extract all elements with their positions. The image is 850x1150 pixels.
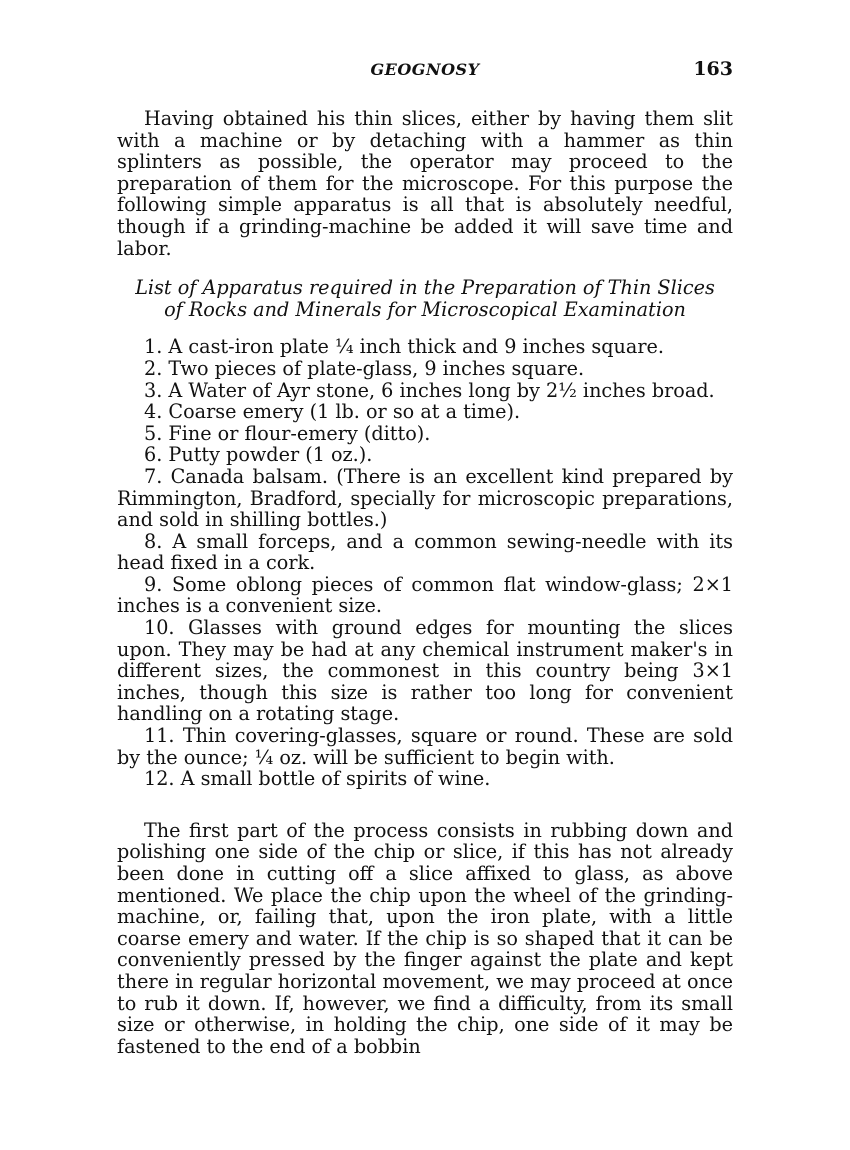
- item-number: 8.: [144, 530, 162, 553]
- list-item: 6. Putty powder (1 oz.).: [117, 444, 733, 466]
- item-number: 9.: [144, 573, 162, 596]
- item-text: A small bottle of spirits of wine.: [181, 767, 491, 790]
- list-item: 3. A Water of Ayr stone, 6 inches long b…: [117, 380, 733, 402]
- item-number: 4.: [144, 400, 162, 423]
- item-text: Coarse emery (1 lb. or so at a time).: [168, 400, 520, 423]
- item-text: Two pieces of plate-glass, 9 inches squa…: [168, 357, 584, 380]
- list-item: 12. A small bottle of spirits of wine.: [117, 768, 733, 790]
- running-header: GEOGNOSY 163: [117, 58, 733, 88]
- list-title-line-2: of Rocks and Minerals for Microscopical …: [117, 299, 733, 321]
- item-text: Fine or flour-emery (ditto).: [168, 422, 430, 445]
- intro-paragraph: Having obtained his thin slices, either …: [117, 108, 733, 259]
- item-number: 6.: [144, 443, 162, 466]
- apparatus-list: 1. A cast-iron plate ¼ inch thick and 9 …: [117, 336, 733, 789]
- item-number: 7.: [144, 465, 162, 488]
- list-item: 11. Thin covering-glasses, square or rou…: [117, 725, 733, 768]
- item-text: Some oblong pieces of common flat window…: [117, 573, 733, 618]
- running-title: GEOGNOSY: [117, 60, 733, 79]
- list-item: 4. Coarse emery (1 lb. or so at a time).: [117, 401, 733, 423]
- item-text: Canada balsam. (There is an excellent ki…: [117, 465, 733, 531]
- item-number: 3.: [144, 379, 162, 402]
- item-number: 1.: [144, 335, 162, 358]
- list-title: List of Apparatus required in the Prepar…: [117, 277, 733, 320]
- list-item: 10. Glasses with ground edges for mounti…: [117, 617, 733, 725]
- book-page: GEOGNOSY 163 Having obtained his thin sl…: [117, 58, 733, 1057]
- item-text: A small forceps, and a common sewing-nee…: [117, 530, 733, 575]
- item-text: Glasses with ground edges for mounting t…: [117, 616, 733, 725]
- list-title-line-1: List of Apparatus required in the Prepar…: [117, 277, 733, 299]
- list-item: 9. Some oblong pieces of common flat win…: [117, 574, 733, 617]
- item-number: 11.: [144, 724, 175, 747]
- item-text: Thin covering-glasses, square or round. …: [117, 724, 733, 769]
- item-number: 10.: [144, 616, 175, 639]
- item-text: Putty powder (1 oz.).: [168, 443, 372, 466]
- item-number: 12.: [144, 767, 175, 790]
- page-number: 163: [693, 58, 733, 80]
- item-number: 5.: [144, 422, 162, 445]
- list-item: 8. A small forceps, and a common sewing-…: [117, 531, 733, 574]
- list-item: 2. Two pieces of plate-glass, 9 inches s…: [117, 358, 733, 380]
- item-text: A cast-iron plate ¼ inch thick and 9 inc…: [168, 335, 664, 358]
- process-paragraph: The first part of the process consists i…: [117, 820, 733, 1058]
- list-item: 7. Canada balsam. (There is an excellent…: [117, 466, 733, 531]
- item-number: 2.: [144, 357, 162, 380]
- list-item: 5. Fine or flour-emery (ditto).: [117, 423, 733, 445]
- list-item: 1. A cast-iron plate ¼ inch thick and 9 …: [117, 336, 733, 358]
- item-text: A Water of Ayr stone, 6 inches long by 2…: [168, 379, 714, 402]
